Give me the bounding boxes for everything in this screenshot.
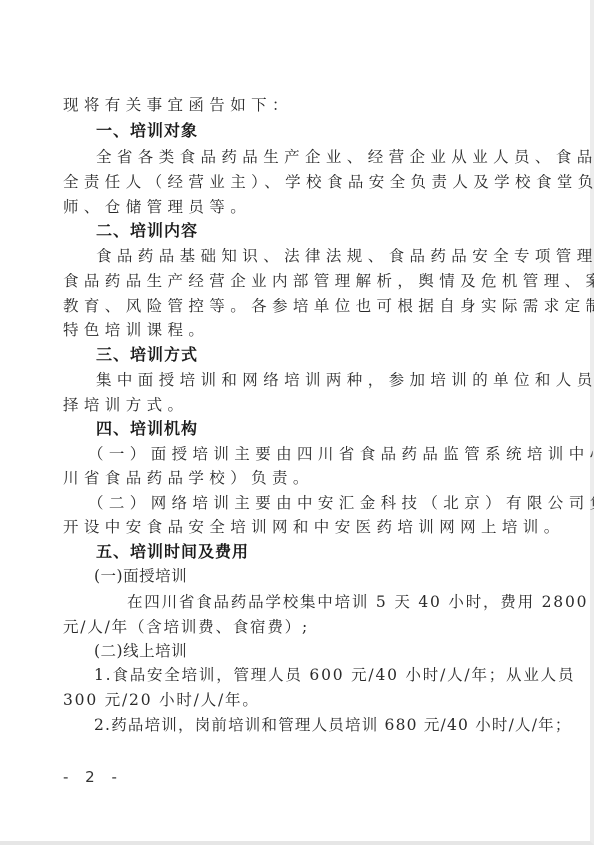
section-heading-2: 二、培训内容 — [96, 221, 566, 241]
page-number: - 2 - — [63, 768, 123, 786]
section-4-text: 川省食品药品学校）负责。 — [63, 468, 533, 488]
section-4-text: 开设中安食品安全培训网和中安医药培训网网上培训。 — [63, 517, 533, 537]
section-2-text: 特色培训课程。 — [63, 320, 533, 340]
document-page: 现将有关事宜函告如下： 一、培训对象 全省各类食品药品生产企业、经营企业从业人员… — [0, 0, 594, 845]
section-5-text: 在四川省食品药品学校集中培训 5 天 40 小时，费用 2800 — [127, 592, 594, 612]
section-5-text: 2.药品培训，岗前培训和管理人员培训 680 元/40 小时/人/年； — [94, 715, 564, 735]
section-3-text: 集中面授培训和网络培训两种，参加培训的单位和人员自行选 — [96, 370, 566, 390]
section-heading-5: 五、培训时间及费用 — [96, 542, 566, 562]
subheading-online: (二)线上培训 — [94, 641, 564, 661]
section-4-text: （一）面授培训主要由四川省食品药品监管系统培训中心（四 — [88, 444, 558, 464]
section-2-text: 食品药品基础知识、法律法规、食品药品安全专项管理规定， — [96, 246, 566, 266]
section-3-text: 择培训方式。 — [63, 395, 533, 415]
section-5-text: 1.食品安全培训，管理人员 600 元/40 小时/人/年；从业人员 — [94, 665, 564, 685]
section-2-text: 教育、风险管控等。各参培单位也可根据自身实际需求定制个性化 — [63, 296, 533, 316]
section-4-text: （二）网络培训主要由中安汇金科技（北京）有限公司负责， — [88, 493, 558, 513]
subheading-in-person: (一)面授培训 — [94, 566, 564, 586]
section-1-text: 全省各类食品药品生产企业、经营企业从业人员、食品药品安 — [96, 147, 566, 167]
section-heading-3: 三、培训方式 — [96, 345, 566, 365]
section-heading-1: 一、培训对象 — [96, 121, 566, 141]
intro-text: 现将有关事宜函告如下： — [63, 95, 533, 115]
section-5-text: 元/人/年（含培训费、食宿费）; — [63, 617, 533, 637]
section-2-text: 食品药品生产经营企业内部管理解析，舆情及危机管理、案例分析 — [63, 271, 533, 291]
section-heading-4: 四、培训机构 — [96, 419, 566, 439]
section-1-text: 全责任人（经营业主）、学校食品安全负责人及学校食堂负责人、厨 — [63, 172, 533, 192]
section-5-text: 300 元/20 小时/人/年。 — [63, 690, 533, 710]
section-1-text: 师、仓储管理员等。 — [63, 197, 533, 217]
